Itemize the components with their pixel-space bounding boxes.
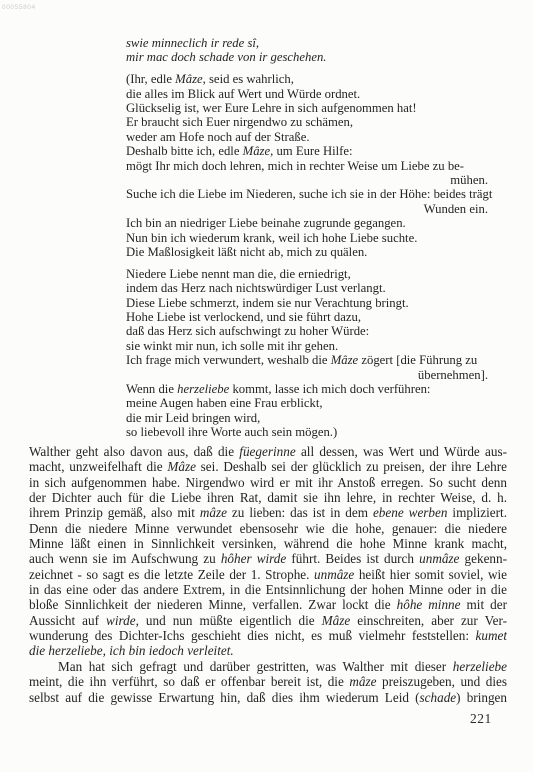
text-run: mühen. (450, 173, 488, 187)
poem-line: daß das Herz sich aufschwingt zu hoher W… (126, 324, 488, 338)
text-run: macht, unzweifelhaft die (29, 459, 167, 474)
poem-line: mögt Ihr mich doch lehren, mich in recht… (126, 159, 488, 173)
text-run: mögt Ihr mich doch lehren, mich in recht… (126, 159, 464, 173)
text-run: sie winkt mir nun, ich solle mit ihr geh… (126, 339, 338, 353)
italic-term: Mâze (331, 353, 358, 367)
italic-term: unmâze (314, 567, 354, 582)
text-run: , seid es wahrlich, (203, 72, 294, 86)
text-run: preiszugeben, und dies (376, 674, 507, 689)
text-run: ihrem Prinzip gemäß, also mit (29, 505, 200, 520)
text-run: Ich frage mich verwundert, weshalb die (126, 353, 331, 367)
text-run: die mir Leid bringen wird, (126, 411, 260, 425)
text-run: meine Augen haben eine Frau erblickt, (126, 396, 323, 410)
text-line: Man hat sich gefragt und darüber gestrit… (29, 659, 507, 674)
text-run: (Ihr, edle (126, 72, 175, 86)
poem-line: Glückselig ist, wer Eure Lehre in sich a… (126, 101, 488, 115)
poem-line: sie winkt mir nun, ich solle mit ihr geh… (126, 339, 488, 353)
text-line: Aussicht auf wirde, und nun müßte eigent… (29, 613, 507, 628)
text-run: zu lieben: das ist in dem (227, 505, 373, 520)
body-text: Walther geht also davon aus, daß die füe… (29, 444, 507, 705)
italic-term: füegerinne (239, 444, 295, 459)
poem-line: Wunden ein. (126, 202, 488, 216)
text-run: kommt, lasse ich mich doch verführen: (229, 382, 430, 396)
text-line: die herzeliebe, ich bin iedoch verleitet… (29, 643, 507, 658)
text-run: Minne läßt einen in Sinnlichkeit versink… (29, 536, 507, 551)
text-run: selbst auf die gewisse Erwartung hin, da… (29, 690, 420, 705)
text-run: in das eine oder das andere Extrem, in d… (29, 582, 507, 597)
italic-term: hôhe minne (397, 597, 461, 612)
italic-term: Mâze (322, 613, 351, 628)
text-line: meint, die ihn verführt, so daß er offen… (29, 674, 507, 689)
italic-term: ebene werben (373, 505, 448, 520)
italic-term: unmâze (419, 551, 459, 566)
text-run: Niedere Liebe nennt man die, die erniedr… (126, 267, 351, 281)
poem-line: mühen. (126, 173, 488, 187)
text-run: so liebevoll ihre Worte auch sein mögen.… (126, 425, 337, 439)
text-line: zeichnet - so sagt es die letzte Zeile d… (29, 567, 507, 582)
poem-block: swie minneclich ir rede sî,mir mac doch … (126, 36, 488, 447)
paragraph: Man hat sich gefragt und darüber gestrit… (29, 659, 507, 705)
text-run: Die Maßlosigkeit läßt nicht ab, mich zu … (126, 245, 367, 259)
poem-line: Niedere Liebe nennt man die, die erniedr… (126, 267, 488, 281)
poem-line: meine Augen haben eine Frau erblickt, (126, 396, 488, 410)
poem-line: Diese Liebe schmerzt, indem sie nur Vera… (126, 296, 488, 310)
text-run: sei. Deshalb sei der glücklich zu preise… (196, 459, 507, 474)
text-run: , und nun müßte eigentlich die (136, 613, 322, 628)
poem-line: die mir Leid bringen wird, (126, 411, 488, 425)
italic-term: swie minneclich ir rede sî, (126, 36, 259, 50)
text-run: übernehmen]. (418, 368, 488, 382)
poem-stanza: Niedere Liebe nennt man die, die erniedr… (126, 267, 488, 440)
text-line: ihrem Prinzip gemäß, also mit mâze zu li… (29, 505, 507, 520)
text-run: bloße Sinnlichkeit der niederen Minne, v… (29, 597, 397, 612)
text-run: daß das Herz sich aufschwingt zu hoher W… (126, 324, 369, 338)
poem-line: Hohe Liebe ist verlockend, und sie führt… (126, 310, 488, 324)
text-line: Walther geht also davon aus, daß die füe… (29, 444, 507, 459)
text-run: wunderung des Dichter-Ichs geschieht die… (29, 628, 476, 643)
text-run: Hohe Liebe ist verlockend, und sie führt… (126, 310, 361, 324)
text-run: Glückselig ist, wer Eure Lehre in sich a… (126, 101, 417, 115)
text-line: Minne läßt einen in Sinnlichkeit versink… (29, 536, 507, 551)
scan-id-label: 00055804 (2, 4, 36, 11)
italic-term: mir mac doch schade von ir geschehen. (126, 50, 326, 64)
italic-term: Mâze (243, 144, 270, 158)
text-line: in sich aufgenommen habe. Nirgendwo wird… (29, 475, 507, 490)
italic-term: die herzeliebe, ich bin iedoch verleitet… (29, 643, 234, 658)
text-run: einschreiten, aber zur Ver- (350, 613, 507, 628)
text-run: die alles im Blick auf Wert und Würde or… (126, 87, 360, 101)
text-run: Man hat sich gefragt und darüber gestrit… (58, 659, 453, 674)
italic-term: Mâze (167, 459, 196, 474)
italic-term: herzeliebe (177, 382, 229, 396)
text-run: Denn die niedere Minne verwundet ebensos… (29, 521, 507, 536)
text-run: führt. Beides ist durch (286, 551, 419, 566)
text-line: Denn die niedere Minne verwundet ebensos… (29, 521, 507, 536)
text-run: weder am Hofe noch auf der Straße. (126, 130, 310, 144)
text-run: Ich bin an niedriger Liebe beinahe zugru… (126, 216, 406, 230)
text-run: heißt hier somit soviel, wie (354, 567, 507, 582)
text-run: ) bringen (456, 690, 507, 705)
text-line: selbst auf die gewisse Erwartung hin, da… (29, 690, 507, 705)
italic-term: kumet (476, 628, 508, 643)
text-run: Nun bin ich wiederum krank, weil ich hoh… (126, 231, 417, 245)
text-line: auch wenn sie im Aufschwung zu hôher wir… (29, 551, 507, 566)
poem-line: Ich bin an niedriger Liebe beinahe zugru… (126, 216, 488, 230)
poem-line: Ich frage mich verwundert, weshalb die M… (126, 353, 488, 367)
text-run: auch wenn sie im Aufschwung zu (29, 551, 221, 566)
poem-line: (Ihr, edle Mâze, seid es wahrlich, (126, 72, 488, 86)
poem-line: weder am Hofe noch auf der Straße. (126, 130, 488, 144)
text-run: indem das Herz nach nichtswürdiger Lust … (126, 281, 386, 295)
text-run: , um Eure Hilfe: (270, 144, 352, 158)
text-line: macht, unzweifelhaft die Mâze sei. Desha… (29, 459, 507, 474)
text-run: mit der (461, 597, 507, 612)
italic-term: hôher wirde (221, 551, 286, 566)
text-run: all dessen, was Wert und Würde aus- (296, 444, 507, 459)
poem-line: Wenn die herzeliebe kommt, lasse ich mic… (126, 382, 488, 396)
text-run: Wenn die (126, 382, 177, 396)
poem-stanza: (Ihr, edle Mâze, seid es wahrlich,die al… (126, 72, 488, 259)
text-run: Suche ich die Liebe im Niederen, suche i… (126, 187, 492, 201)
poem-line: mir mac doch schade von ir geschehen. (126, 50, 488, 64)
text-run: Aussicht auf (29, 613, 106, 628)
poem-line: Suche ich die Liebe im Niederen, suche i… (126, 187, 488, 201)
poem-line: übernehmen]. (126, 368, 488, 382)
poem-line: indem das Herz nach nichtswürdiger Lust … (126, 281, 488, 295)
text-run: Deshalb bitte ich, edle (126, 144, 243, 158)
text-run: in sich aufgenommen habe. Nirgendwo wird… (29, 475, 507, 490)
text-line: wunderung des Dichter-Ichs geschieht die… (29, 628, 507, 643)
text-run: Er braucht sich Euer nirgendwo zu schäme… (126, 115, 353, 129)
poem-line: Deshalb bitte ich, edle Mâze, um Eure Hi… (126, 144, 488, 158)
text-run: meint, die ihn verführt, so daß er offen… (29, 674, 349, 689)
poem-line: die alles im Blick auf Wert und Würde or… (126, 87, 488, 101)
paragraph: Walther geht also davon aus, daß die füe… (29, 444, 507, 659)
text-run: Wunden ein. (424, 202, 488, 216)
text-run: gekenn- (459, 551, 507, 566)
poem-line: Die Maßlosigkeit läßt nicht ab, mich zu … (126, 245, 488, 259)
italic-term: schade (420, 690, 457, 705)
scanned-book-page: 00055804 swie minneclich ir rede sî,mir … (0, 0, 533, 772)
italic-term: herzeliebe (453, 659, 507, 674)
italic-term: wirde (106, 613, 136, 628)
page-number: 221 (470, 711, 492, 727)
text-line: in das eine oder das andere Extrem, in d… (29, 582, 507, 597)
text-run: zögert [die Führung zu (358, 353, 477, 367)
poem-line: Nun bin ich wiederum krank, weil ich hoh… (126, 231, 488, 245)
italic-term: Mâze (175, 72, 202, 86)
poem-line: Er braucht sich Euer nirgendwo zu schäme… (126, 115, 488, 129)
text-run: impliziert. (447, 505, 507, 520)
poem-stanza: swie minneclich ir rede sî,mir mac doch … (126, 36, 488, 65)
italic-term: mâze (349, 674, 376, 689)
text-run: Walther geht also davon aus, daß die (29, 444, 239, 459)
poem-line: swie minneclich ir rede sî, (126, 36, 488, 50)
text-run: zeichnet - so sagt es die letzte Zeile d… (29, 567, 314, 582)
text-line: der Dichter auch für die Liebe ihren Rat… (29, 490, 507, 505)
poem-line: so liebevoll ihre Worte auch sein mögen.… (126, 425, 488, 439)
text-run: der Dichter auch für die Liebe ihren Rat… (29, 490, 507, 505)
text-run: Diese Liebe schmerzt, indem sie nur Vera… (126, 296, 409, 310)
italic-term: mâze (200, 505, 227, 520)
text-line: bloße Sinnlichkeit der niederen Minne, v… (29, 597, 507, 612)
